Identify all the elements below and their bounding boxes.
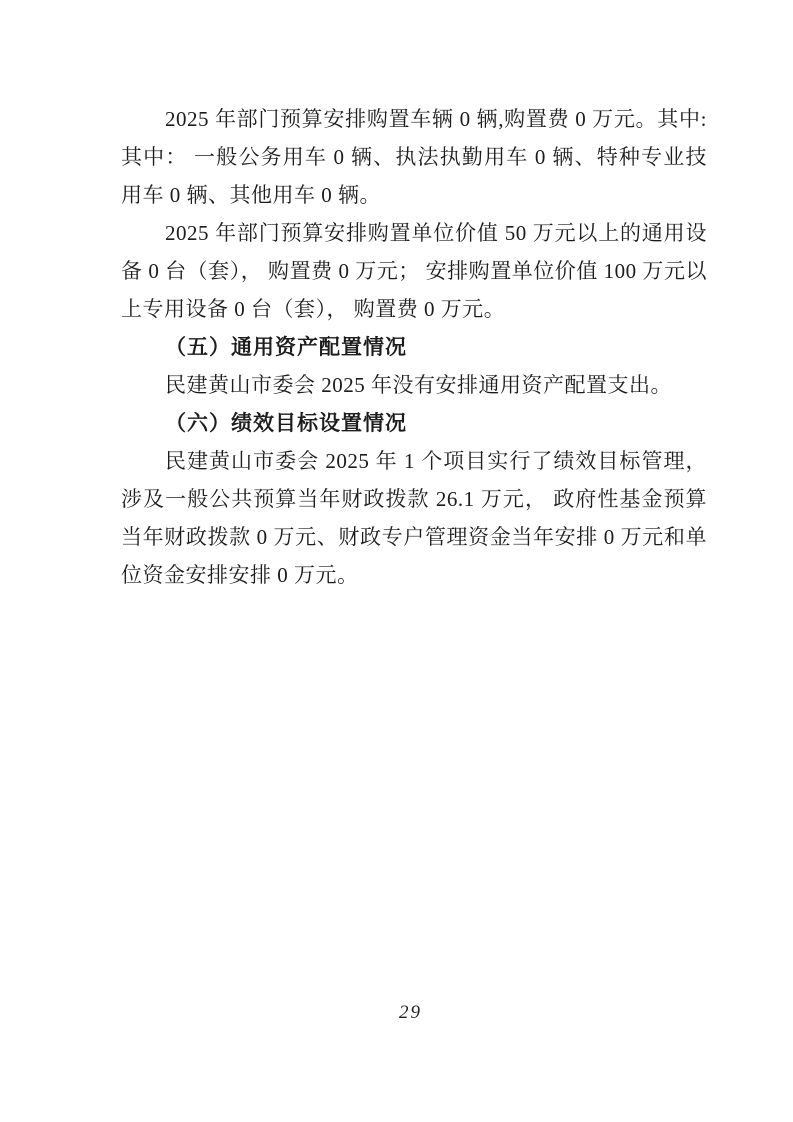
paragraph-line: 2025 年部门预算安排购置车辆 0 辆,购置费 0 万元。其中: xyxy=(121,100,707,138)
section-heading-performance-targets: （六）绩效目标设置情况 xyxy=(121,404,707,442)
paragraph-line: 涉及一般公共预算当年财政拨款 26.1 万元， 政府性基金预算 xyxy=(121,480,707,518)
paragraph-line: 位资金安排安排 0 万元。 xyxy=(121,556,707,594)
paragraph-line: 2025 年部门预算安排购置单位价值 50 万元以上的通用设 xyxy=(121,214,707,252)
section-heading-general-assets: （五）通用资产配置情况 xyxy=(121,328,707,366)
paragraph-line: 其中： 一般公务用车 0 辆、执法执勤用车 0 辆、特种专业技术 xyxy=(121,138,707,176)
document-page: 2025 年部门预算安排购置车辆 0 辆,购置费 0 万元。其中: 其中： 一般… xyxy=(0,0,793,1122)
paragraph-line: 上专用设备 0 台（套）， 购置费 0 万元。 xyxy=(121,290,707,328)
paragraph-line: 备 0 台（套）， 购置费 0 万元； 安排购置单位价值 100 万元以 xyxy=(121,252,707,290)
paragraph-line: 民建黄山市委会 2025 年没有安排通用资产配置支出。 xyxy=(121,366,707,404)
paragraph-line: 民建黄山市委会 2025 年 1 个项目实行了绩效目标管理， xyxy=(121,442,707,480)
document-body: 2025 年部门预算安排购置车辆 0 辆,购置费 0 万元。其中: 其中： 一般… xyxy=(121,100,707,594)
paragraph-line: 当年财政拨款 0 万元、财政专户管理资金当年安排 0 万元和单 xyxy=(121,518,707,556)
page-number: 29 xyxy=(14,1002,793,1024)
paragraph-line: 用车 0 辆、其他用车 0 辆。 xyxy=(121,176,707,214)
